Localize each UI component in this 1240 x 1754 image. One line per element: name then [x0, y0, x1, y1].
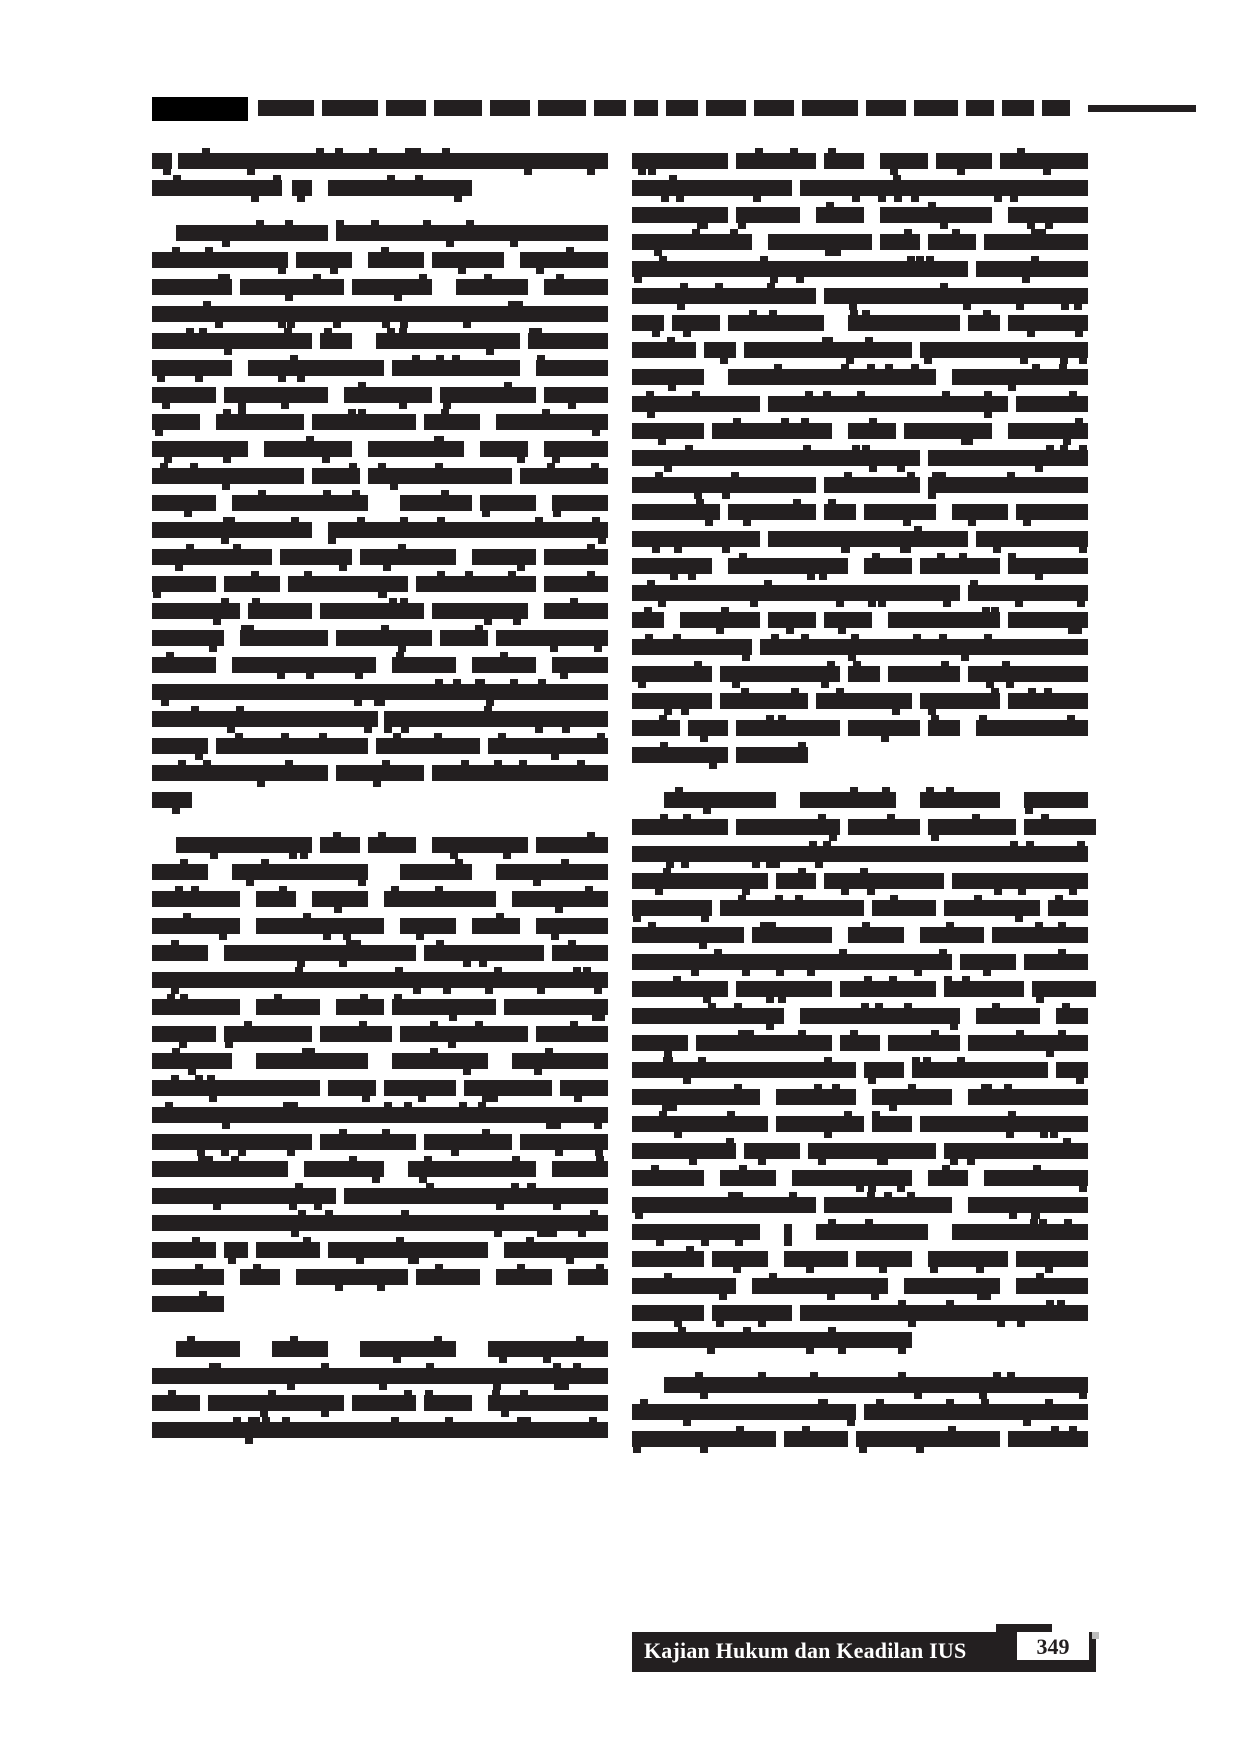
obscured-word [848, 819, 920, 835]
obscured-word [432, 837, 528, 853]
text-line [152, 1129, 610, 1156]
obscured-word [152, 711, 378, 727]
running-header-author [152, 97, 248, 121]
obscured-word [728, 504, 816, 520]
obscured-word [1008, 1431, 1088, 1447]
obscured-word [736, 720, 840, 736]
obscured-word [992, 927, 1088, 943]
text-line [632, 175, 1090, 202]
text-line [632, 472, 1090, 499]
obscured-word [594, 100, 626, 116]
obscured-word [336, 630, 432, 646]
obscured-word [152, 1053, 232, 1069]
text-line [632, 445, 1090, 472]
obscured-word [632, 558, 712, 574]
obscured-word [368, 441, 464, 457]
obscured-word [224, 387, 328, 403]
text-line [152, 859, 610, 886]
obscured-word [736, 153, 816, 169]
obscured-word [768, 612, 816, 628]
text-line [152, 1291, 610, 1318]
obscured-word [520, 468, 608, 484]
text-line [632, 391, 1090, 418]
obscured-word [336, 765, 424, 781]
obscured-word [968, 1035, 1088, 1051]
obscured-word [488, 1341, 608, 1357]
obscured-word [312, 414, 416, 430]
obscured-word [632, 873, 768, 889]
obscured-word [984, 234, 1088, 250]
obscured-word [496, 414, 608, 430]
obscured-word [322, 100, 378, 116]
obscured-word [432, 252, 504, 268]
obscured-word [224, 576, 280, 592]
obscured-word [952, 504, 1008, 520]
text-line [632, 364, 1090, 391]
paragraph [632, 787, 1090, 1354]
obscured-word [840, 981, 936, 997]
paragraph [152, 832, 610, 1318]
paragraph [632, 1372, 1090, 1453]
obscured-word [472, 657, 536, 673]
obscured-word [976, 720, 1088, 736]
obscured-word [152, 1269, 224, 1285]
text-line [632, 580, 1090, 607]
text-line [632, 1057, 1090, 1084]
obscured-word [752, 1278, 888, 1294]
obscured-word [538, 100, 586, 116]
obscured-word [232, 864, 368, 880]
obscured-word [152, 522, 312, 538]
obscured-word [152, 999, 240, 1015]
obscured-word [952, 873, 1088, 889]
text-line [632, 526, 1090, 553]
obscured-word [224, 1026, 312, 1042]
obscured-word [152, 657, 216, 673]
obscured-word [720, 1170, 776, 1186]
text-line [152, 787, 610, 814]
text-line [632, 814, 1090, 841]
text-line [152, 301, 610, 328]
obscured-word [888, 666, 960, 682]
text-line [632, 553, 1090, 580]
obscured-word [632, 1089, 760, 1105]
text-line [152, 382, 610, 409]
obscured-word [488, 1395, 608, 1411]
obscured-word [920, 1116, 1088, 1132]
obscured-word [152, 1134, 312, 1150]
obscured-word [152, 1080, 320, 1096]
obscured-word [966, 100, 994, 116]
obscured-word [152, 738, 208, 754]
obscured-word [632, 612, 664, 628]
obscured-word [1008, 315, 1088, 331]
obscured-word [392, 360, 520, 376]
obscured-word [480, 441, 528, 457]
obscured-word [672, 315, 720, 331]
obscured-word [320, 603, 424, 619]
obscured-word [152, 1188, 336, 1204]
text-line [632, 976, 1090, 1003]
text-line [632, 868, 1090, 895]
obscured-word [432, 765, 608, 781]
running-header-title [258, 97, 1066, 121]
obscured-word [864, 504, 936, 520]
obscured-word [152, 252, 288, 268]
obscured-word [152, 387, 216, 403]
obscured-word [632, 153, 728, 169]
obscured-word [1048, 900, 1088, 916]
obscured-word [632, 954, 952, 970]
obscured-word [152, 792, 192, 808]
obscured-word [880, 234, 920, 250]
obscured-word [728, 315, 760, 331]
obscured-word [920, 927, 984, 943]
obscured-word [632, 666, 712, 682]
text-line [632, 1300, 1090, 1327]
obscured-word [152, 1161, 288, 1177]
obscured-word [632, 315, 664, 331]
obscured-word [666, 100, 698, 116]
text-line [152, 1048, 610, 1075]
obscured-word [664, 792, 776, 808]
obscured-word [560, 1080, 608, 1096]
obscured-word [368, 252, 424, 268]
text-line [152, 1264, 610, 1291]
obscured-word [178, 153, 608, 169]
obscured-word [920, 558, 1000, 574]
obscured-word [1016, 396, 1088, 412]
obscured-word [920, 792, 1000, 808]
obscured-word [264, 441, 352, 457]
obscured-word [880, 153, 928, 169]
obscured-word [232, 495, 368, 511]
obscured-word [296, 252, 352, 268]
obscured-word [416, 576, 536, 592]
obscured-word [720, 900, 864, 916]
text-line [152, 1075, 610, 1102]
journal-name: Kajian Hukum dan Keadilan IUS [644, 1638, 966, 1664]
obscured-word [552, 1161, 608, 1177]
obscured-word [706, 100, 746, 116]
obscured-word [496, 630, 608, 646]
obscured-word [888, 612, 1000, 628]
obscured-word [152, 495, 216, 511]
left-column [152, 148, 610, 1444]
obscured-word [1000, 153, 1088, 169]
obscured-word [754, 100, 794, 116]
obscured-word [632, 1251, 704, 1267]
obscured-word [336, 999, 384, 1015]
text-line [152, 148, 610, 175]
text-line [152, 274, 610, 301]
text-line [152, 1336, 610, 1363]
obscured-word [632, 504, 720, 520]
obscured-word [1008, 423, 1088, 439]
text-line [632, 418, 1090, 445]
obscured-word [434, 100, 482, 116]
obscured-word [1024, 954, 1088, 970]
text-line [152, 832, 610, 859]
text-line [152, 706, 610, 733]
text-line [632, 922, 1090, 949]
obscured-word [848, 666, 880, 682]
obscured-word [384, 891, 496, 907]
text-line [632, 688, 1090, 715]
obscured-word [632, 846, 1088, 862]
obscured-word [824, 873, 944, 889]
obscured-word [632, 900, 712, 916]
obscured-word [312, 468, 360, 484]
obscured-word [320, 837, 360, 853]
text-line [632, 1192, 1090, 1219]
obscured-word [632, 531, 760, 547]
obscured-word [320, 333, 352, 349]
text-line [152, 436, 610, 463]
obscured-word [1024, 819, 1096, 835]
obscured-word [504, 999, 608, 1015]
text-line [152, 355, 610, 382]
obscured-word [152, 279, 232, 295]
obscured-word [256, 891, 296, 907]
text-line [152, 571, 610, 598]
obscured-word [176, 837, 312, 853]
obscured-word [152, 333, 312, 349]
obscured-word [944, 900, 1040, 916]
obscured-word [152, 864, 208, 880]
obscured-word [632, 288, 816, 304]
obscured-word [632, 981, 728, 997]
obscured-word [808, 1143, 936, 1159]
obscured-word [712, 1305, 792, 1321]
text-line [632, 1372, 1090, 1399]
obscured-word [632, 927, 744, 943]
obscured-word [848, 423, 896, 439]
obscured-word [632, 1224, 760, 1240]
obscured-word [632, 1404, 856, 1420]
obscured-word [632, 396, 760, 412]
obscured-word [776, 1089, 856, 1105]
obscured-word [240, 1269, 280, 1285]
text-line [632, 634, 1090, 661]
text-line [152, 1237, 610, 1264]
text-line [152, 625, 610, 652]
obscured-word [1024, 792, 1088, 808]
obscured-word [152, 153, 172, 169]
obscured-word [1008, 612, 1088, 628]
obscured-word [248, 360, 384, 376]
obscured-word [152, 576, 216, 592]
obscured-word [480, 495, 536, 511]
obscured-word [208, 1395, 344, 1411]
obscured-word [232, 657, 376, 673]
obscured-word [544, 549, 608, 565]
text-line [152, 1021, 610, 1048]
obscured-word [152, 549, 272, 565]
text-line [632, 1399, 1090, 1426]
obscured-word [704, 342, 736, 358]
obscured-word [424, 1134, 512, 1150]
obscured-word [904, 423, 992, 439]
obscured-word [504, 1242, 608, 1258]
obscured-word [536, 837, 608, 853]
obscured-word [632, 1116, 768, 1132]
obscured-word [152, 180, 282, 196]
obscured-word [216, 414, 304, 430]
obscured-word [856, 1251, 912, 1267]
obscured-word [224, 945, 416, 961]
obscured-word [872, 1089, 952, 1105]
text-line [632, 949, 1090, 976]
obscured-word [152, 765, 328, 781]
obscured-word [984, 1170, 1088, 1186]
obscured-word [424, 414, 480, 430]
obscured-word [800, 1305, 1088, 1321]
obscured-word [496, 864, 608, 880]
obscured-word [816, 207, 864, 223]
obscured-word [944, 1143, 1088, 1159]
text-line [152, 1417, 610, 1444]
obscured-word [632, 585, 960, 601]
obscured-word [632, 261, 968, 277]
text-line [152, 1102, 610, 1129]
obscured-word [328, 1242, 488, 1258]
text-line [152, 733, 610, 760]
obscured-word [632, 180, 792, 196]
obscured-word [632, 450, 920, 466]
text-line [152, 679, 610, 706]
text-line [632, 202, 1090, 229]
obscured-word [848, 315, 960, 331]
obscured-word [152, 1395, 200, 1411]
text-line [152, 463, 610, 490]
obscured-word [968, 1089, 1088, 1105]
paragraph [152, 148, 610, 202]
obscured-word [292, 180, 312, 196]
obscured-word [344, 387, 432, 403]
obscured-word [440, 387, 536, 403]
obscured-word [960, 954, 1016, 970]
paragraph [152, 220, 610, 814]
text-line [632, 499, 1090, 526]
obscured-word [152, 1296, 224, 1312]
obscured-word [712, 423, 832, 439]
obscured-word [928, 450, 1088, 466]
text-line [632, 1003, 1090, 1030]
obscured-word [914, 100, 958, 116]
obscured-word [904, 1278, 1000, 1294]
obscured-word [824, 288, 1088, 304]
obscured-word [256, 1053, 368, 1069]
text-line [632, 1219, 1090, 1246]
obscured-word [1016, 504, 1088, 520]
obscured-word [312, 891, 368, 907]
obscured-word [240, 279, 344, 295]
obscured-word [304, 1161, 384, 1177]
text-line [632, 1426, 1090, 1453]
obscured-word [632, 720, 680, 736]
obscured-word [176, 1341, 240, 1357]
obscured-word [536, 360, 608, 376]
obscured-word [976, 531, 1088, 547]
obscured-word [152, 1215, 608, 1231]
obscured-word [632, 1332, 912, 1348]
obscured-word [968, 315, 1000, 331]
obscured-word [1056, 1062, 1088, 1078]
obscured-word [272, 1341, 328, 1357]
obscured-word [152, 306, 608, 322]
text-line [632, 310, 1090, 337]
obscured-word [632, 342, 696, 358]
obscured-word [256, 1242, 320, 1258]
obscured-word [976, 1008, 1040, 1024]
obscured-word [400, 918, 456, 934]
text-line [632, 841, 1090, 868]
text-line [632, 1111, 1090, 1138]
text-line [152, 490, 610, 517]
obscured-word [952, 369, 1088, 385]
obscured-word [288, 576, 408, 592]
corner-mark [1092, 1632, 1099, 1639]
text-line [632, 148, 1090, 175]
text-line [632, 229, 1090, 256]
obscured-word [152, 891, 240, 907]
obscured-word [360, 1341, 456, 1357]
obscured-word [632, 234, 752, 250]
text-line [632, 607, 1090, 634]
text-line [152, 652, 610, 679]
obscured-word [632, 207, 728, 223]
obscured-word [496, 1269, 552, 1285]
obscured-word [848, 927, 904, 943]
obscured-word [736, 981, 832, 997]
obscured-word [888, 1035, 960, 1051]
obscured-word [386, 100, 426, 116]
obscured-word [152, 414, 200, 430]
obscured-word [376, 738, 480, 754]
obscured-word [680, 612, 760, 628]
obscured-word [392, 999, 496, 1015]
obscured-word [152, 1422, 608, 1438]
text-line [152, 967, 610, 994]
obscured-word [344, 1188, 608, 1204]
obscured-word [848, 720, 920, 736]
obscured-word [512, 891, 608, 907]
text-line [152, 598, 610, 625]
obscured-word [528, 333, 608, 349]
obscured-word [784, 1224, 792, 1240]
text-line [152, 940, 610, 967]
obscured-word [152, 684, 608, 700]
obscured-word [256, 999, 320, 1015]
obscured-word [968, 1197, 1088, 1213]
obscured-word [152, 918, 240, 934]
obscured-word [944, 981, 1024, 997]
obscured-word [320, 1026, 392, 1042]
obscured-word [912, 1062, 1048, 1078]
obscured-word [840, 1035, 880, 1051]
obscured-word [280, 549, 352, 565]
obscured-word [360, 549, 456, 565]
obscured-word [928, 1251, 1008, 1267]
obscured-word [384, 711, 608, 727]
text-line [152, 994, 610, 1021]
obscured-word [408, 1161, 536, 1177]
paragraph [632, 148, 1090, 769]
text-line [152, 1210, 610, 1237]
obscured-word [816, 1224, 928, 1240]
text-line [152, 1183, 610, 1210]
